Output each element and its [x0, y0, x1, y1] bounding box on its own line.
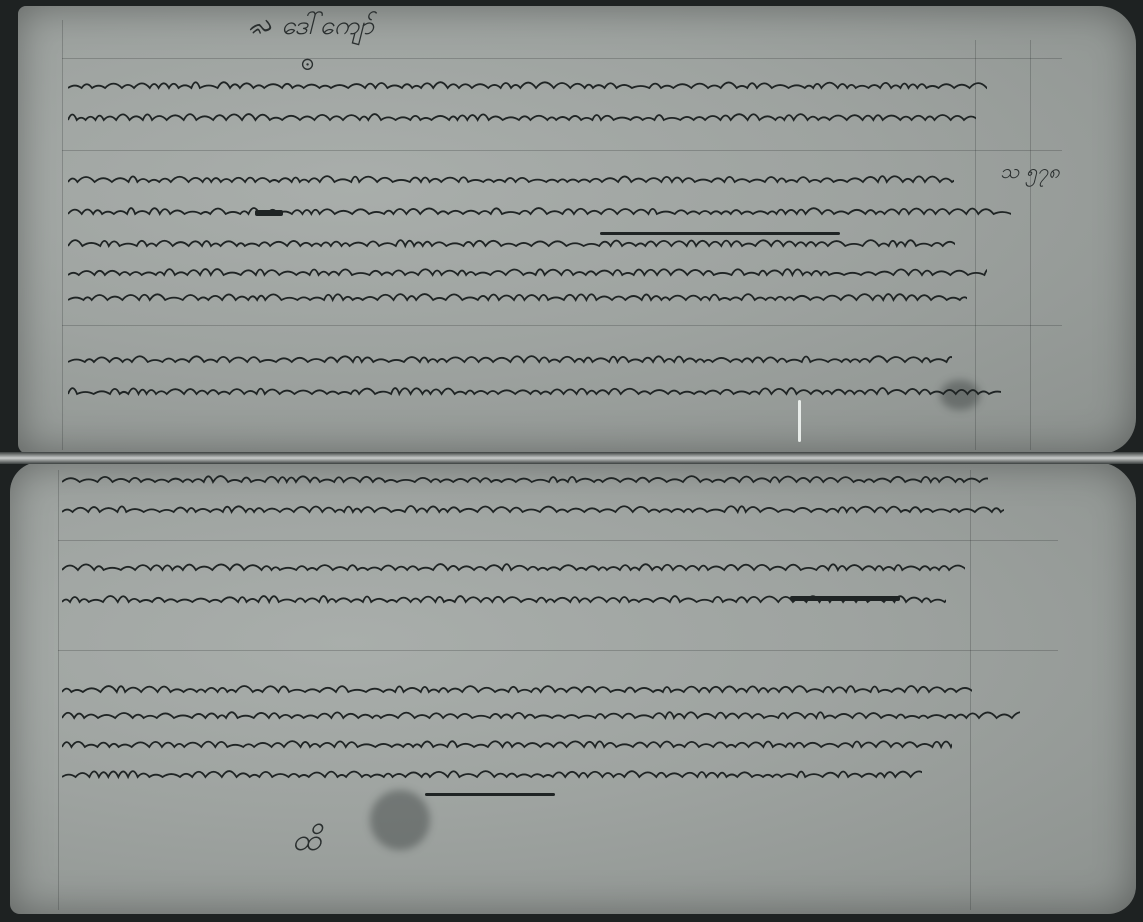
- strikethrough-mark: [790, 596, 900, 601]
- handwritten-text-line: [68, 288, 967, 308]
- handwritten-text-line: [62, 558, 965, 578]
- ink-stain: [940, 380, 980, 410]
- margin-rule: [1030, 40, 1031, 450]
- handwritten-text-line: [62, 765, 922, 785]
- line-rule: [62, 325, 1062, 326]
- margin-rule: [62, 20, 63, 450]
- ink-stain: [370, 790, 430, 850]
- margin-note: သ ၅၇၈: [1000, 158, 1060, 188]
- page-fold: [0, 452, 1143, 464]
- margin-rule: [58, 470, 59, 910]
- handwritten-text-line: [68, 170, 954, 190]
- strikethrough-mark: [600, 232, 840, 235]
- handwritten-text-line: [62, 706, 1020, 726]
- handwritten-text-line: [62, 680, 972, 700]
- handwritten-text-line: [68, 382, 1001, 402]
- handwritten-text-line: [68, 234, 955, 254]
- underline-mark: [425, 793, 555, 796]
- line-rule: [58, 650, 1058, 651]
- signature: ထိ: [292, 820, 321, 865]
- line-rule: [58, 540, 1058, 541]
- handwritten-text-line: [68, 350, 952, 370]
- handwritten-text-line: [62, 500, 1004, 520]
- heading-mark: ⊙: [300, 54, 315, 75]
- handwritten-text-line: [62, 735, 952, 755]
- handwritten-text-line: [62, 470, 988, 490]
- handwritten-text-line: [68, 263, 987, 283]
- handwritten-text-line: [68, 108, 976, 128]
- manuscript-heading: ᨋ ဒေါ်ကျော်: [248, 8, 374, 47]
- line-rule: [62, 58, 1062, 59]
- handwritten-text-line: [68, 202, 1011, 222]
- handwritten-text-line: [68, 76, 987, 96]
- strikethrough-mark: [255, 210, 283, 216]
- line-rule: [62, 150, 1062, 151]
- paper-crack: [798, 400, 801, 442]
